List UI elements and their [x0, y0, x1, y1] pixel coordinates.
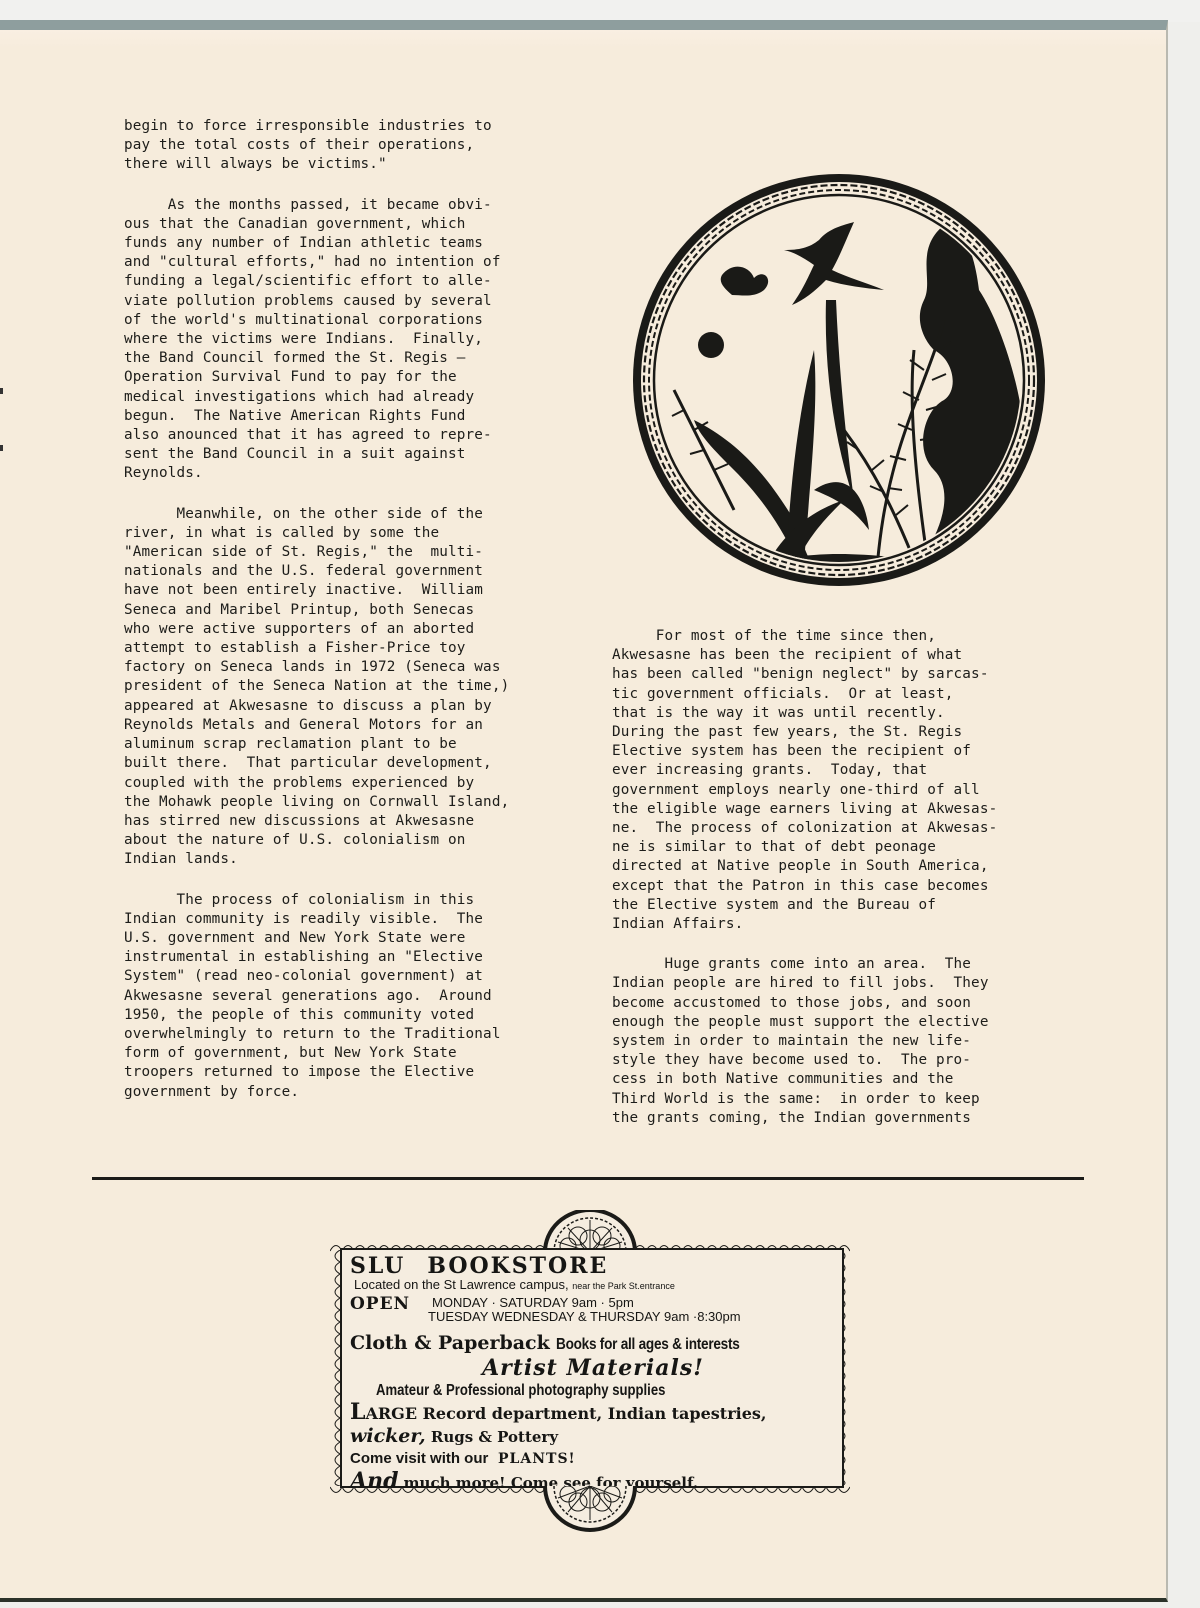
text-line: sent the Band Council in a suit against	[124, 445, 509, 464]
ad-rugs-pottery: Rugs & Pottery	[426, 1428, 558, 1446]
text-line: government by force.	[124, 1083, 509, 1102]
text-line: directed at Native people in South Ameri…	[612, 857, 997, 876]
ad-location-main: Located on the St Lawrence campus,	[354, 1277, 569, 1292]
text-line: have not been entirely inactive. William	[124, 581, 509, 600]
ad-location-detail: near the Park St.entrance	[572, 1281, 675, 1291]
text-line: U.S. government and New York State were	[124, 929, 509, 948]
text-line: except that the Patron in this case beco…	[612, 877, 997, 896]
slu-bookstore-advertisement: SLUBOOKSTORE Located on the St Lawrence …	[330, 1210, 850, 1530]
article-paragraph: Huge grants come into an area. TheIndian…	[612, 955, 997, 1128]
text-line: has stirred new discussions at Akwesasne	[124, 812, 509, 831]
text-line: Akwesasne has been the recipient of what	[612, 646, 997, 665]
text-line: System" (read neo-colonial government) a…	[124, 967, 509, 986]
text-line: Seneca and Maribel Printup, both Senecas	[124, 601, 509, 620]
text-line: nationals and the U.S. federal governmen…	[124, 562, 509, 581]
text-line: president of the Seneca Nation at the ti…	[124, 677, 509, 696]
ad-hours-weekday: MONDAY · SATURDAY 9am · 5pm	[432, 1296, 741, 1310]
text-line: form of government, but New York State	[124, 1044, 509, 1063]
text-line: enough the people must support the elect…	[612, 1013, 997, 1032]
text-line: overwhelmingly to return to the Traditio…	[124, 1025, 509, 1044]
article-paragraph: begin to force irresponsible industries …	[124, 117, 509, 175]
ad-hours-late: TUESDAY WEDNESDAY & THURSDAY 9am ·8:30pm	[428, 1310, 741, 1324]
ad-large-initial: L	[350, 1399, 365, 1425]
binding-mark	[0, 388, 3, 394]
ad-books-line: Cloth & Paperback Books for all ages & i…	[350, 1332, 836, 1356]
page-edge	[0, 30, 1166, 48]
rose-window-ornament-bottom	[540, 1486, 640, 1532]
paragraph-spacer	[124, 175, 509, 196]
text-line: the Mohawk people living on Cornwall Isl…	[124, 793, 509, 812]
text-line: Indian community is readily visible. The	[124, 910, 509, 929]
text-line: ous that the Canadian government, which	[124, 215, 509, 234]
binding-mark	[0, 445, 3, 451]
ad-record-text: Record department, Indian tapestries,	[417, 1404, 766, 1423]
ad-visit-text: Come visit with our	[350, 1448, 488, 1469]
article-paragraph: For most of the time since then,Akwesasn…	[612, 627, 997, 934]
text-line: 1950, the people of this community voted	[124, 1006, 509, 1025]
text-line: funding a legal/scientific effort to all…	[124, 272, 509, 291]
text-line: system in order to maintain the new life…	[612, 1032, 997, 1051]
ad-wicker-word: wicker,	[350, 1425, 426, 1447]
text-line: medical investigations which had already	[124, 388, 509, 407]
ad-open-label: OPEN	[350, 1294, 432, 1314]
ad-artist-materials: Artist Materials!	[350, 1356, 836, 1380]
text-line: that is the way it was until recently.	[612, 704, 997, 723]
text-line: Reynolds Metals and General Motors for a…	[124, 716, 509, 735]
text-line: cess in both Native communities and the	[612, 1070, 997, 1089]
ad-large-rest: ARGE	[365, 1404, 417, 1423]
text-line: ne. The process of colonization at Akwes…	[612, 819, 997, 838]
text-line: During the past few years, the St. Regis	[612, 723, 997, 742]
text-line: ne is similar to that of debt peonage	[612, 838, 997, 857]
ad-title: SLUBOOKSTORE	[350, 1254, 836, 1278]
ad-plants-line: Come visit with our PLANTS!	[350, 1448, 836, 1469]
text-line: about the nature of U.S. colonialism on	[124, 831, 509, 850]
text-line: and "cultural efforts," had no intention…	[124, 253, 509, 272]
text-line: tic government officials. Or at least,	[612, 685, 997, 704]
text-line: funds any number of Indian athletic team…	[124, 234, 509, 253]
text-line: coupled with the problems experienced by	[124, 774, 509, 793]
text-line: Akwesasne several generations ago. Aroun…	[124, 987, 509, 1006]
paragraph-spacer	[612, 934, 997, 955]
text-line: pay the total costs of their operations,	[124, 136, 509, 155]
text-line: As the months passed, it became obvi-	[124, 196, 509, 215]
text-line: attempt to establish a Fisher-Price toy	[124, 639, 509, 658]
text-line: Operation Survival Fund to pay for the	[124, 368, 509, 387]
rose-window-ornament-top	[540, 1210, 640, 1252]
paragraph-spacer	[124, 484, 509, 505]
text-line: river, in what is called by some the	[124, 524, 509, 543]
text-line: For most of the time since then,	[612, 627, 997, 646]
text-line: troopers returned to impose the Elective	[124, 1063, 509, 1082]
article-paragraph: Meanwhile, on the other side of theriver…	[124, 505, 509, 870]
ad-hours: OPEN MONDAY · SATURDAY 9am · 5pm TUESDAY…	[350, 1294, 836, 1324]
text-line: where the victims were Indians. Finally,	[124, 330, 509, 349]
section-divider-rule	[92, 1177, 1084, 1180]
text-line: ever increasing grants. Today, that	[612, 761, 997, 780]
woodcut-bird-plants-illustration	[614, 170, 1064, 590]
text-line: the Elective system and the Bureau of	[612, 896, 997, 915]
text-line: the Band Council formed the St. Regis —	[124, 349, 509, 368]
text-line: Reynolds.	[124, 464, 509, 483]
text-line: also anounced that it has agreed to repr…	[124, 426, 509, 445]
text-line: Meanwhile, on the other side of the	[124, 505, 509, 524]
ad-wicker-line: wicker, Rugs & Pottery	[350, 1425, 836, 1448]
ad-photography-line: Amateur & Professional photography suppl…	[376, 1380, 665, 1401]
text-line: become accustomed to those jobs, and soo…	[612, 994, 997, 1013]
text-line: government employs nearly one-third of a…	[612, 781, 997, 800]
text-line: aluminum scrap reclamation plant to be	[124, 735, 509, 754]
text-line: of the world's multinational corporation…	[124, 311, 509, 330]
text-line: Indian lands.	[124, 850, 509, 869]
text-line: the eligible wage earners living at Akwe…	[612, 800, 997, 819]
ad-frame: SLUBOOKSTORE Located on the St Lawrence …	[340, 1248, 844, 1488]
text-line: who were active supporters of an aborted	[124, 620, 509, 639]
ad-title-slu: SLU	[350, 1253, 405, 1279]
paragraph-spacer	[124, 870, 509, 891]
text-line: The process of colonialism in this	[124, 891, 509, 910]
text-line: Elective system has been the recipient o…	[612, 742, 997, 761]
article-paragraph: As the months passed, it became obvi-ous…	[124, 196, 509, 484]
ad-plants-word: PLANTS!	[498, 1451, 576, 1467]
text-line: has been called "benign neglect" by sarc…	[612, 665, 997, 684]
text-line: style they have become used to. The pro-	[612, 1051, 997, 1070]
scan-background	[0, 0, 1200, 22]
text-line: Indian Affairs.	[612, 915, 997, 934]
ad-title-bookstore: BOOKSTORE	[427, 1253, 608, 1279]
article-left-column: begin to force irresponsible industries …	[124, 117, 509, 1102]
text-line: "American side of St. Regis," the multi-	[124, 543, 509, 562]
ad-record-line: LARGE Record department, Indian tapestri…	[350, 1401, 836, 1425]
ad-cloth-paperback: Cloth & Paperback	[350, 1332, 550, 1354]
text-line: factory on Seneca lands in 1972 (Seneca …	[124, 658, 509, 677]
text-line: Third World is the same: in order to kee…	[612, 1090, 997, 1109]
article-paragraph: The process of colonialism in thisIndian…	[124, 891, 509, 1102]
text-line: built there. That particular development…	[124, 754, 509, 773]
text-line: begun. The Native American Rights Fund	[124, 407, 509, 426]
text-line: Indian people are hired to fill jobs. Th…	[612, 974, 997, 993]
text-line: the grants coming, the Indian government…	[612, 1109, 997, 1128]
text-line: there will always be victims."	[124, 155, 509, 174]
text-line: instrumental in establishing an "Electiv…	[124, 948, 509, 967]
article-right-column: For most of the time since then,Akwesasn…	[612, 627, 997, 1128]
text-line: viate pollution problems caused by sever…	[124, 292, 509, 311]
lace-border-left	[330, 1250, 340, 1486]
ad-books-all-ages: Books for all ages & interests	[556, 1334, 740, 1356]
text-line: appeared at Akwesasne to discuss a plan …	[124, 697, 509, 716]
text-line: Huge grants come into an area. The	[612, 955, 997, 974]
ad-location: Located on the St Lawrence campus, near …	[354, 1278, 836, 1293]
text-line: begin to force irresponsible industries …	[124, 117, 509, 136]
